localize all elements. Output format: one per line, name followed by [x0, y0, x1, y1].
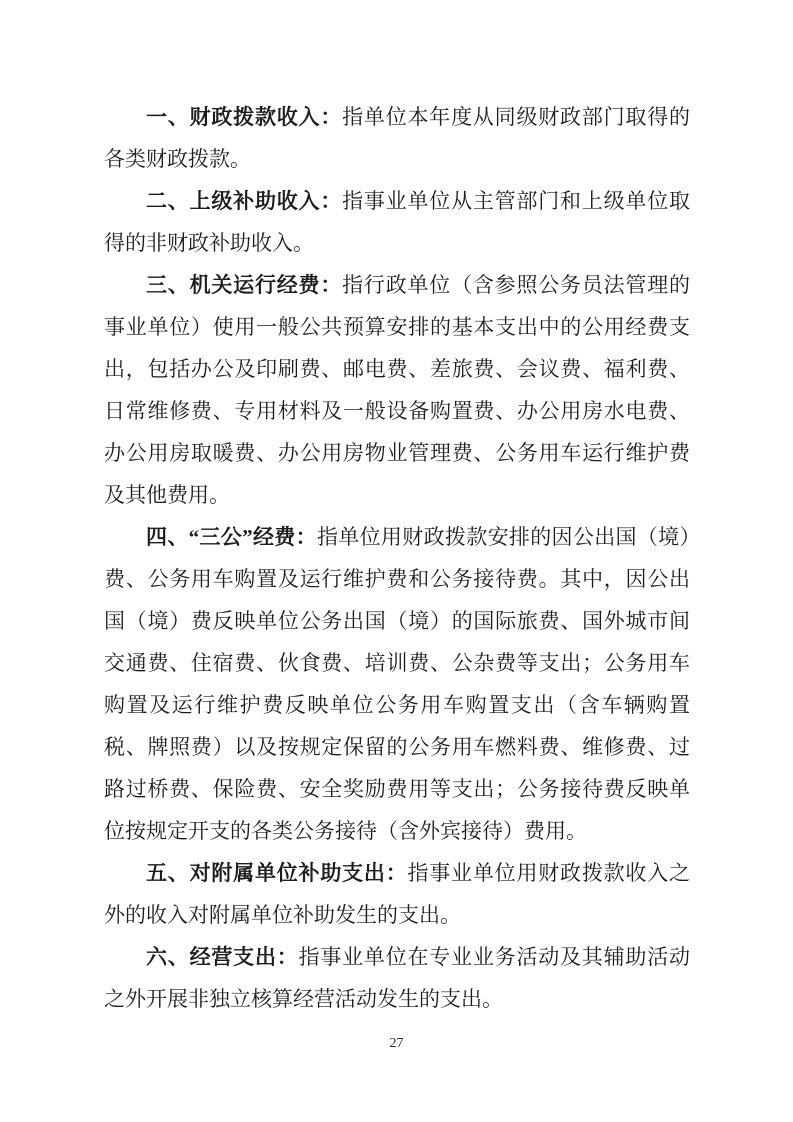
- document-body: 一、财政拨款收入：指单位本年度从同级财政部门取得的各类财政拨款。 二、上级补助收…: [104, 96, 690, 1020]
- paragraph-superior-subsidy-income: 二、上级补助收入：指事业单位从主管部门和上级单位取得的非财政补助收入。: [104, 180, 690, 264]
- paragraph-text: 指行政单位（含参照公务员法管理的事业单位）使用一般公共预算安排的基本支出中的公用…: [104, 273, 690, 507]
- paragraph-agency-operating-funds: 三、机关运行经费：指行政单位（含参照公务员法管理的事业单位）使用一般公共预算安排…: [104, 264, 690, 516]
- paragraph-fiscal-appropriation-income: 一、财政拨款收入：指单位本年度从同级财政部门取得的各类财政拨款。: [104, 96, 690, 180]
- page-number: 27: [0, 1034, 793, 1054]
- paragraph-three-public-funds: 四、“三公”经费：指单位用财政拨款安排的因公出国（境）费、公务用车购置及运行维护…: [104, 516, 690, 852]
- paragraph-heading: 五、对附属单位补助支出：: [146, 861, 408, 885]
- paragraph-text: 指单位用财政拨款安排的因公出国（境）费、公务用车购置及运行维护费和公务接待费。其…: [104, 525, 690, 843]
- paragraph-heading: 二、上级补助收入：: [146, 189, 342, 213]
- document-page: 一、财政拨款收入：指单位本年度从同级财政部门取得的各类财政拨款。 二、上级补助收…: [0, 0, 793, 1122]
- paragraph-operating-expenditure: 六、经营支出：指事业单位在专业业务活动及其辅助活动之外开展非独立核算经营活动发生…: [104, 936, 690, 1020]
- paragraph-subsidy-to-affiliated-units: 五、对附属单位补助支出：指事业单位用财政拨款收入之外的收入对附属单位补助发生的支…: [104, 852, 690, 936]
- paragraph-heading: 三、机关运行经费：: [146, 273, 342, 297]
- paragraph-heading: 六、经营支出：: [146, 945, 299, 969]
- paragraph-heading: 四、“三公”经费：: [146, 525, 317, 549]
- paragraph-heading: 一、财政拨款收入：: [146, 105, 342, 129]
